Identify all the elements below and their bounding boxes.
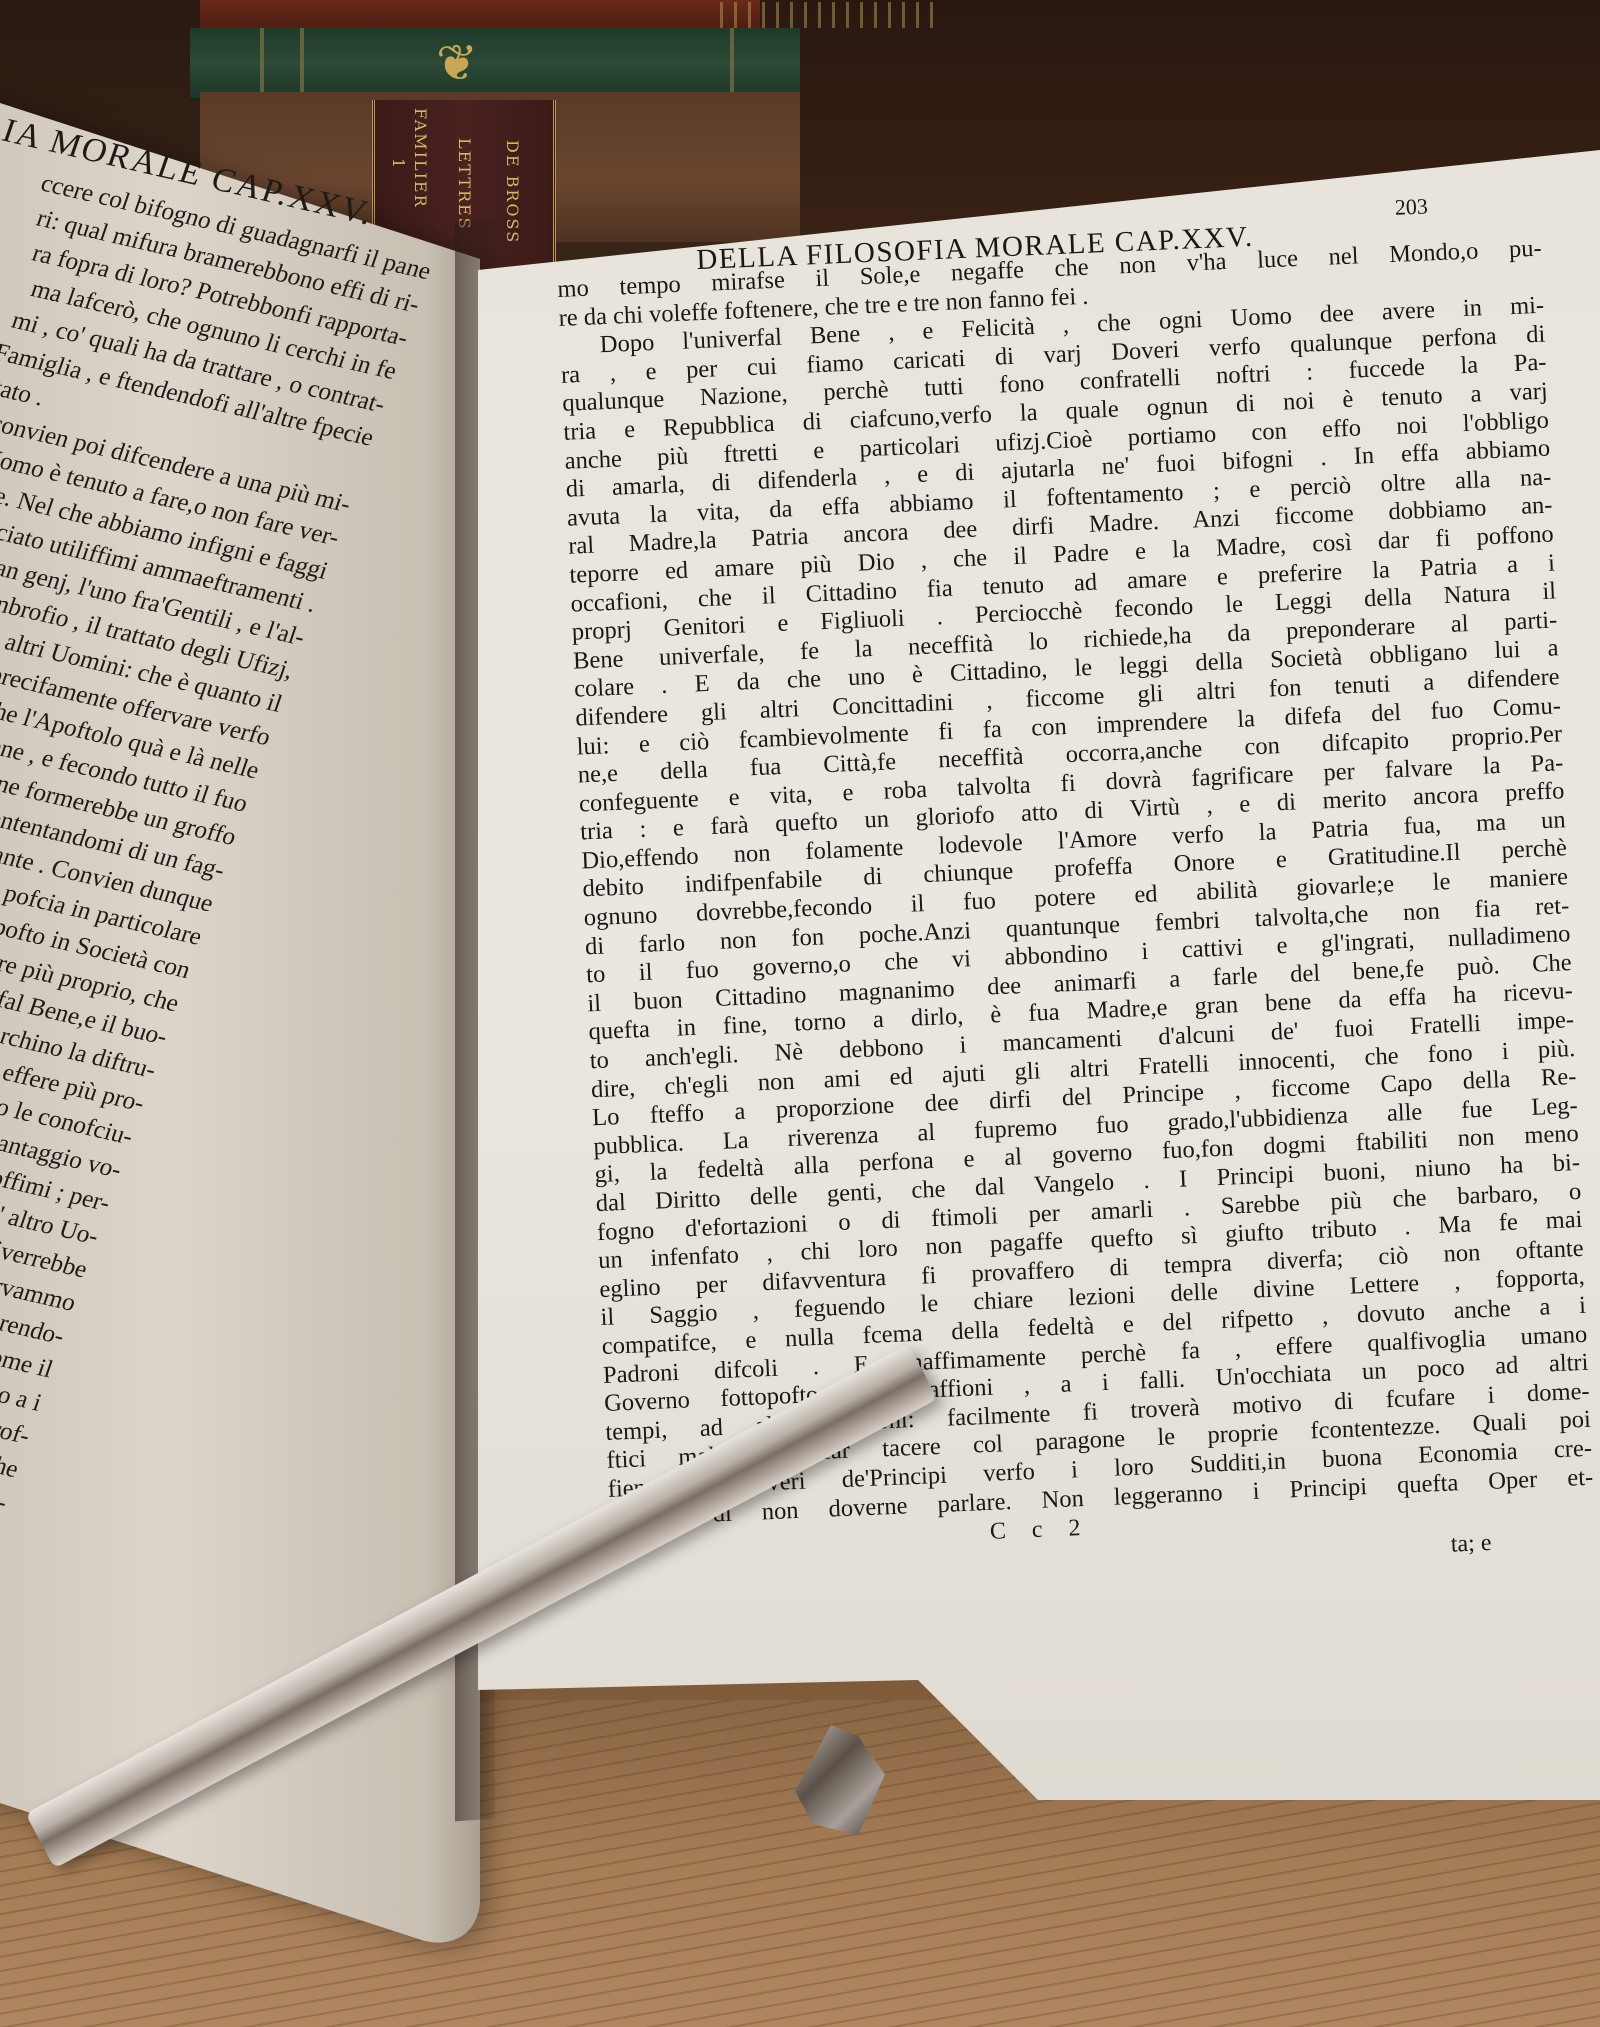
spine-author: DE BROSS — [503, 140, 522, 244]
spine-band — [260, 28, 264, 98]
spine-band — [730, 28, 734, 98]
gilt-ornament — [720, 2, 940, 28]
fleuron-ornament-icon: ❦ — [428, 34, 486, 92]
right-catchword: ta; e — [1450, 1530, 1492, 1559]
page-number: 203 — [1394, 193, 1428, 220]
spine-title: LETTRES — [455, 138, 474, 231]
spine-band — [300, 28, 304, 98]
spine-volume: 1 — [389, 158, 408, 170]
book-photo-scene: ❦ DE BROSS LETTRES FAMILIER 1 IA MORALE … — [0, 0, 1600, 2027]
green-book-spine — [190, 28, 800, 100]
signature-mark: C c 2 — [989, 1515, 1091, 1546]
right-page-text: DELLA FILOSOFIA MORALE CAP.XXV. 203 mo t… — [555, 189, 1595, 1565]
spine-subtitle: FAMILIER — [411, 108, 430, 209]
